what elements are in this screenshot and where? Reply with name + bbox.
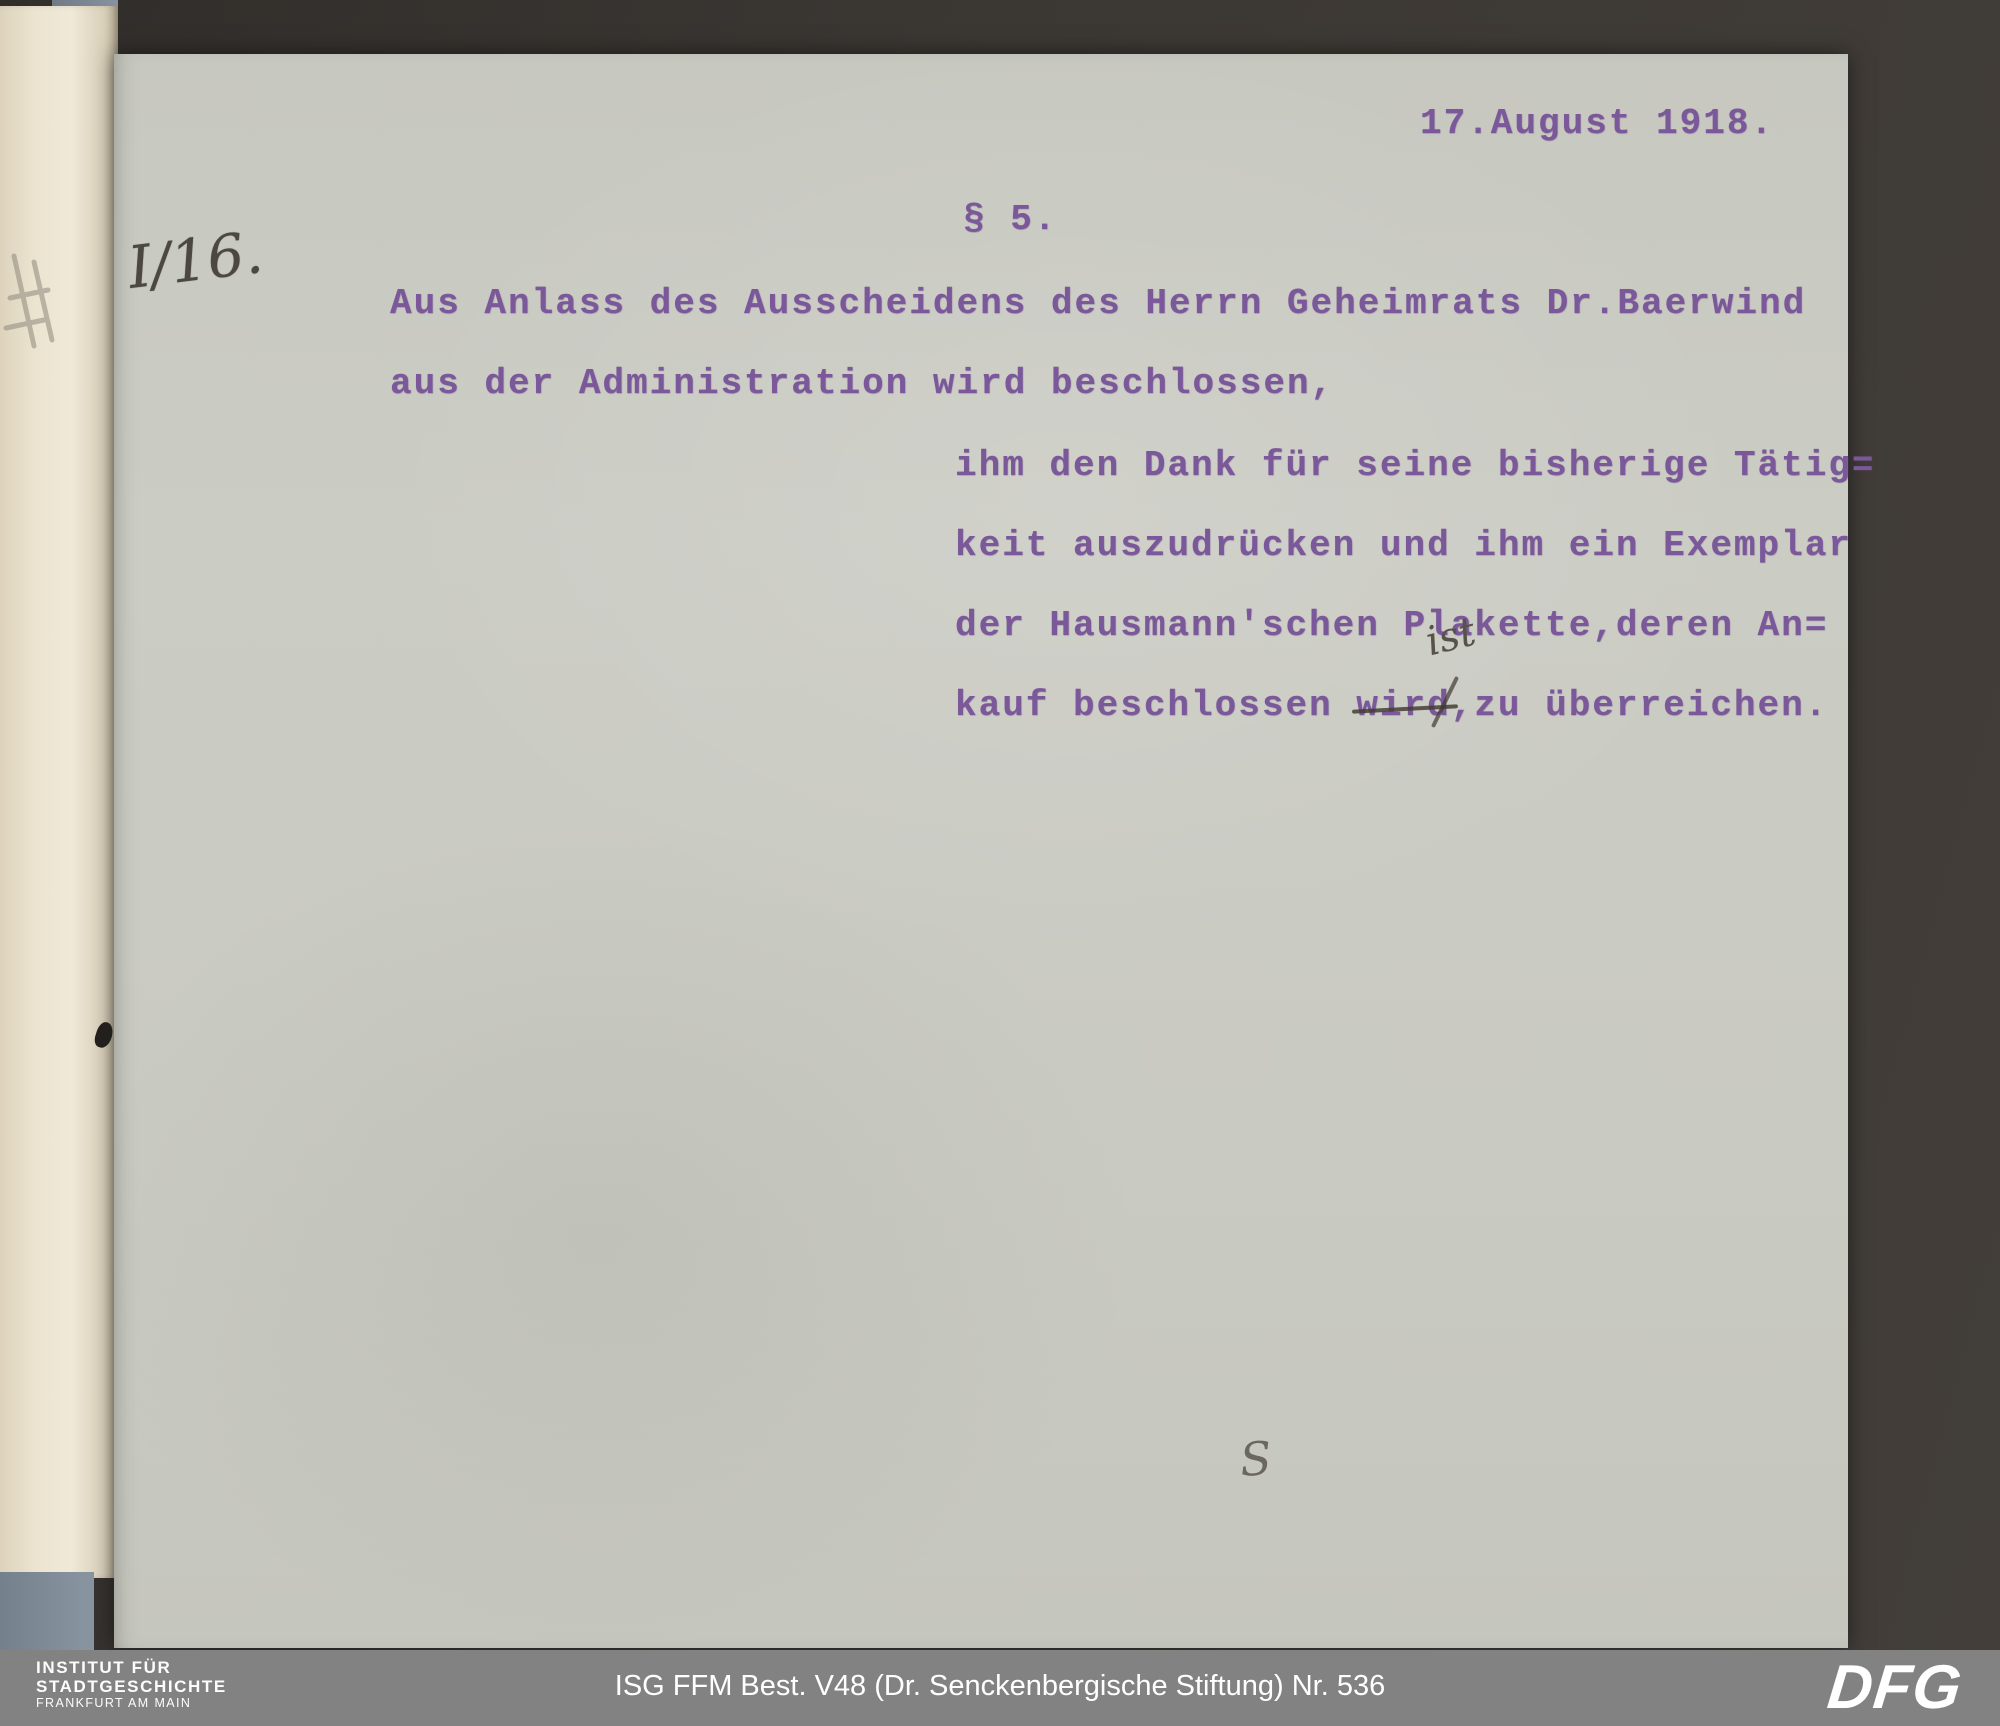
document-page: 17.August 1918. § 5. Aus Anlass des Auss… <box>114 54 1848 1648</box>
typed-last-line-post: ,zu überreichen. <box>1451 685 1829 726</box>
typed-last-line-pre: kauf beschlossen <box>955 685 1356 726</box>
institute-logo-line-1: INSTITUT FÜR <box>36 1658 227 1677</box>
institute-logo-line-3: FRANKFURT AM MAIN <box>36 1696 227 1710</box>
handwritten-margin-note: I/16. <box>124 218 266 302</box>
struck-word: wird <box>1356 688 1450 724</box>
scan-canvas: 17.August 1918. § 5. Aus Anlass des Auss… <box>0 0 2000 1726</box>
institute-logo: INSTITUT FÜR STADTGESCHICHTE FRANKFURT A… <box>36 1658 227 1710</box>
slate-paper-bottom-edge <box>0 1572 94 1652</box>
typed-indent-line-2: keit auszudrücken und ihm ein Exemplar <box>955 528 1852 564</box>
handwritten-page-letter: S <box>1238 1431 1273 1487</box>
typed-paragraph-line-2: aus der Administration wird beschlossen, <box>390 366 1334 402</box>
archive-reference: ISG FFM Best. V48 (Dr. Senckenbergische … <box>615 1670 1385 1703</box>
typed-date: 17.August 1918. <box>1420 106 1774 142</box>
typed-indent-line-1: ihm den Dank für seine bisherige Tätig= <box>955 448 1876 484</box>
typed-last-line: kauf beschlossen wird,zu überreichen. <box>955 688 1828 724</box>
typed-indent-line-3: der Hausmann'schen Plakette,deren An= <box>955 608 1828 644</box>
archive-footer-bar: INSTITUT FÜR STADTGESCHICHTE FRANKFURT A… <box>0 1650 2000 1726</box>
institute-logo-line-2: STADTGESCHICHTE <box>36 1677 227 1696</box>
pencil-bleed-mark <box>0 228 80 358</box>
typed-section-number: § 5. <box>963 202 1057 238</box>
typed-paragraph-line-1: Aus Anlass des Ausscheidens des Herrn Ge… <box>390 286 1806 322</box>
dfg-logo: DFG <box>1824 1652 1965 1723</box>
